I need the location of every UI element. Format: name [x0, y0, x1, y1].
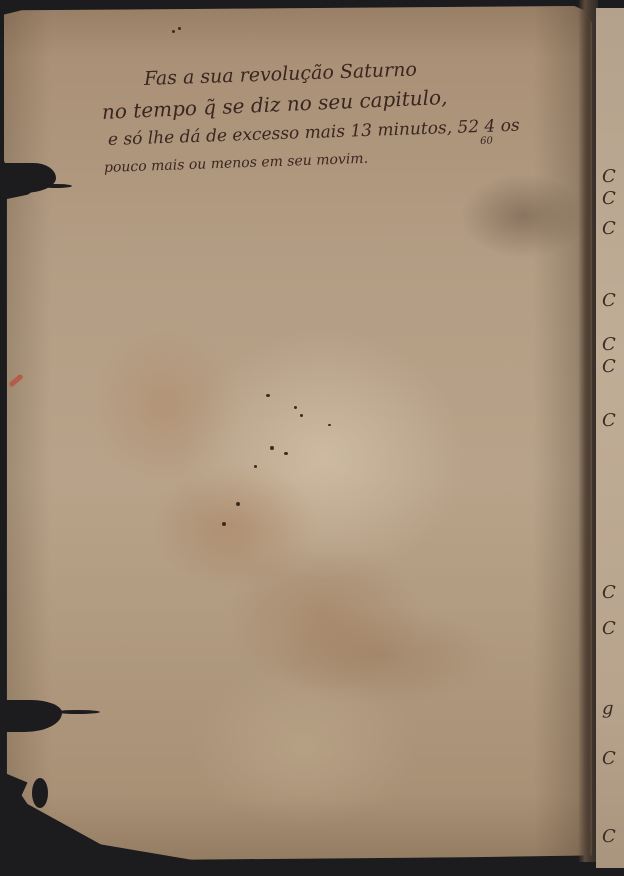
binding-gutter [578, 0, 598, 862]
margin-glyph: C [602, 826, 616, 847]
ink-speck [172, 30, 175, 33]
margin-glyph: C [602, 618, 616, 639]
ink-speck [222, 522, 226, 526]
margin-glyph: g [602, 698, 614, 719]
paper-hole [32, 778, 48, 808]
ink-speck [284, 452, 288, 455]
ink-speck [300, 414, 303, 417]
margin-glyph: C [602, 582, 616, 603]
ink-speck [328, 424, 331, 426]
interlinear-note: 60 [480, 136, 493, 147]
ink-speck [236, 502, 240, 506]
margin-glyph: C [602, 218, 616, 239]
tear-lower-left-crack [55, 710, 100, 714]
margin-glyph: C [602, 356, 616, 377]
ink-speck [266, 394, 270, 397]
ink-speck [254, 465, 257, 468]
margin-glyph: C [602, 166, 616, 187]
ink-speck [294, 406, 297, 409]
ink-speck [270, 446, 274, 450]
manuscript-scan: C C C C C C C C C g C C Fas a sua revolu… [0, 0, 624, 876]
adjacent-folio: C C C C C C C C C g C C [596, 8, 624, 868]
ink-speck [178, 27, 181, 30]
margin-glyph: C [602, 748, 616, 769]
margin-glyph: C [602, 290, 616, 311]
margin-glyph: C [602, 334, 616, 355]
tear-upper-left-crack [40, 184, 72, 188]
margin-glyph: C [602, 188, 616, 209]
margin-glyph: C [602, 410, 616, 431]
